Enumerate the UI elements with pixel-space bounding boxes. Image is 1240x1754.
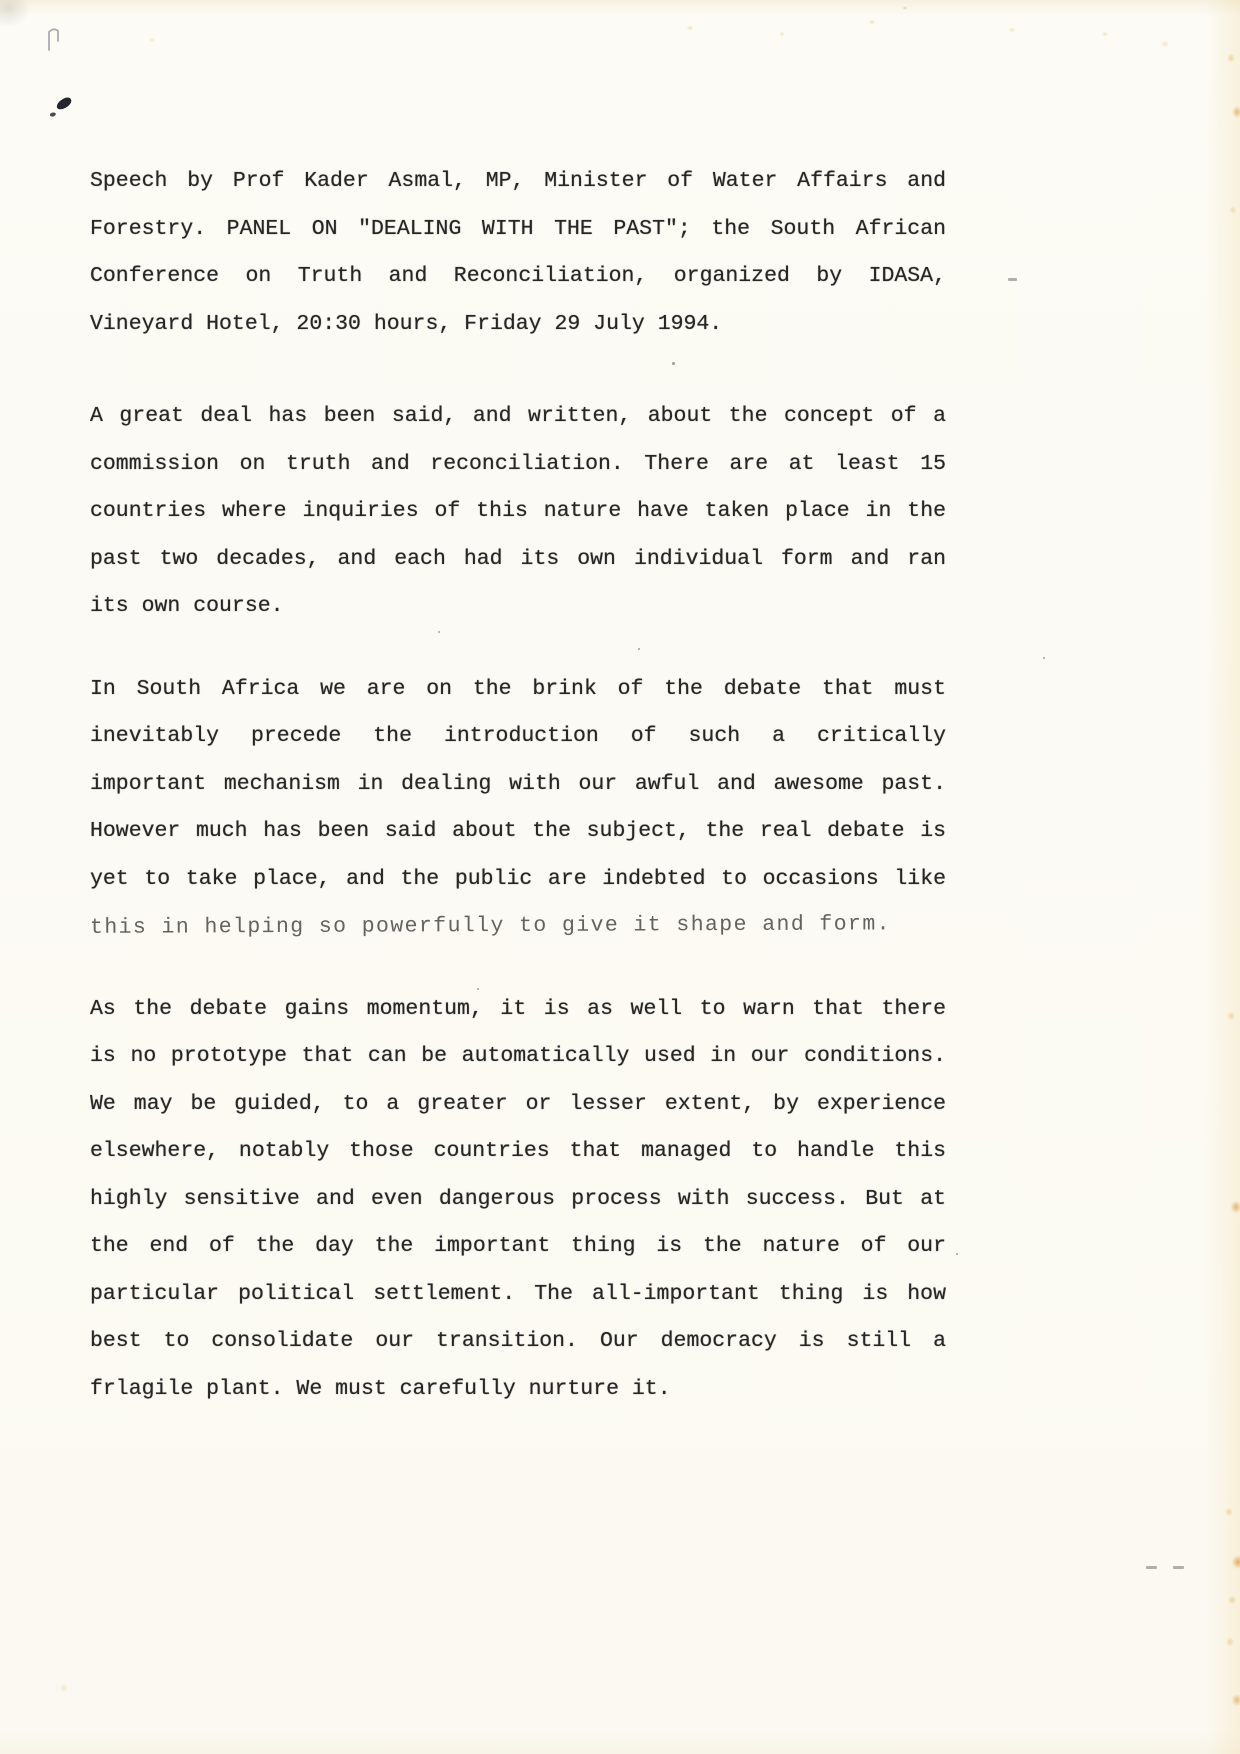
text-line: important mechanism in dealing with our … <box>90 761 946 809</box>
text-line: its own course. <box>90 583 946 631</box>
text-line: elsewhere, notably those countries that … <box>90 1128 946 1176</box>
text-line: countries where inquiries of this nature… <box>90 488 946 536</box>
text-line: particular political settlement. The all… <box>90 1271 946 1319</box>
text-line: inevitably precede the introduction of s… <box>90 713 946 761</box>
corner-smudge <box>0 0 46 40</box>
paragraph-body: In South Africa we are on the brink of t… <box>90 666 946 951</box>
text-line: yet to take place, and the public are in… <box>90 856 946 904</box>
text-line: Speech by Prof Kader Asmal, MP, Minister… <box>90 158 946 206</box>
paragraph-body: A great deal has been said, and written,… <box>90 393 946 631</box>
text-line: commission on truth and reconciliation. … <box>90 441 946 489</box>
pencil-dash-mark <box>1008 278 1017 281</box>
text-line: the end of the day the important thing i… <box>90 1223 946 1271</box>
text-line: past two decades, and each had its own i… <box>90 536 946 584</box>
text-line: highly sensitive and even dangerous proc… <box>90 1176 946 1224</box>
paragraph-heading: Speech by Prof Kader Asmal, MP, Minister… <box>90 158 946 348</box>
paragraph-body: As the debate gains momentum, it is as w… <box>90 986 946 1414</box>
ink-blot-mark <box>55 96 73 111</box>
text-line: this in helping so powerfully to give it… <box>90 901 946 952</box>
pen-stroke-mark <box>46 26 62 57</box>
pencil-dash-mark <box>1173 1566 1184 1569</box>
pencil-dash-mark <box>1146 1566 1157 1569</box>
text-line: A great deal has been said, and written,… <box>90 393 946 441</box>
text-line: As the debate gains momentum, it is as w… <box>90 986 946 1034</box>
text-line: Forestry. PANEL ON "DEALING WITH THE PAS… <box>90 206 946 254</box>
text-line: is no prototype that can be automaticall… <box>90 1033 946 1081</box>
scanned-page: Speech by Prof Kader Asmal, MP, Minister… <box>0 0 1240 1754</box>
text-line: In South Africa we are on the brink of t… <box>90 666 946 714</box>
document-text: Speech by Prof Kader Asmal, MP, Minister… <box>90 158 946 1413</box>
text-line: We may be guided, to a greater or lesser… <box>90 1081 946 1129</box>
scan-speck <box>956 1253 958 1255</box>
text-line: Vineyard Hotel, 20:30 hours, Friday 29 J… <box>90 301 946 349</box>
scan-speck <box>1043 657 1045 659</box>
text-line: However much has been said about the sub… <box>90 808 946 856</box>
text-line: Conference on Truth and Reconciliation, … <box>90 253 946 301</box>
text-line: frlagile plant. We must carefully nurtur… <box>90 1366 946 1414</box>
text-line: best to consolidate our transition. Our … <box>90 1318 946 1366</box>
